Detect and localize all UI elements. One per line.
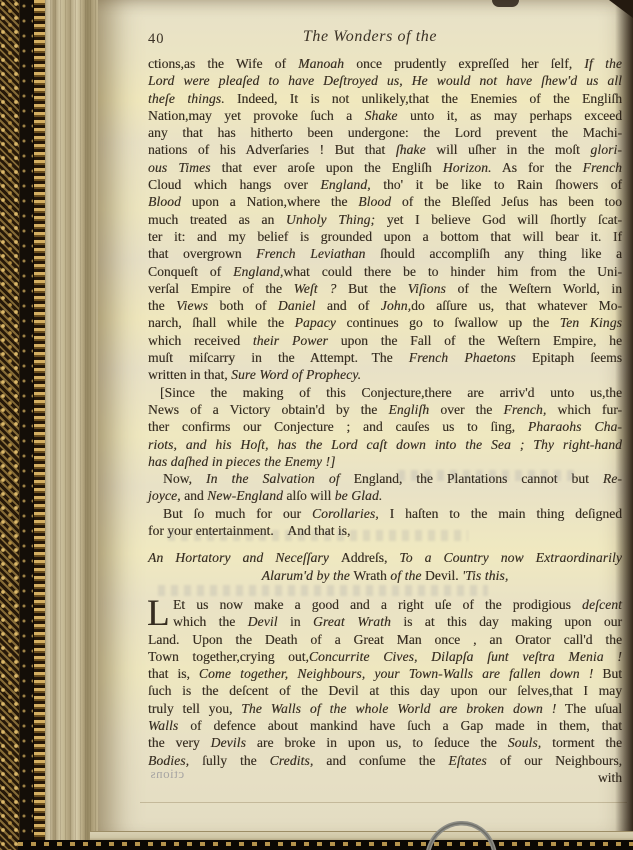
show-through-band: [158, 585, 488, 596]
text-line: the Views both of Daniel and of John,do …: [148, 297, 622, 314]
text-line: that overgrown French Leviathan ſhould a…: [148, 245, 622, 262]
text-line: Alarum'd by the Wrath of the Devil. 'Tis…: [148, 567, 622, 584]
text-line: News of a Victory obtain'd by the Engliſ…: [148, 401, 622, 418]
text-line: ous Times that ever aroſe upon the Engli…: [148, 159, 622, 176]
text-line: Conqueſt of England,what could there be …: [148, 263, 622, 280]
show-through-band: [168, 530, 468, 541]
book-page: 40 The Wonders of the ctions,as the Wife…: [98, 0, 633, 838]
text-line: muſt miſcarry in the Attempt. The French…: [148, 349, 622, 366]
text-line: nations of his Adverſaries ! But that ſh…: [148, 141, 622, 158]
text-line: Cloud which hangs over England, tho' it …: [148, 176, 622, 193]
page-crease: [140, 802, 627, 803]
text-line: ther confirms our Conjecture ; and cauſe…: [148, 418, 622, 435]
text-line: written in that, Sure Word of Prophecy.: [148, 366, 622, 383]
right-edge-shadow: [615, 0, 633, 838]
text-line: ctions,as the Wife of Manoah once pruden…: [148, 55, 622, 72]
page-edges-gutter: [45, 0, 101, 850]
photo-of-open-book: { "page": { "number": "40", "running_hea…: [0, 0, 633, 850]
text-line: But ſo much for our Corollaries, I haſte…: [148, 505, 622, 522]
text-line: LEt us now make a good and a right uſe o…: [148, 596, 622, 613]
show-through-band: [398, 470, 578, 481]
text-line: has daſhed in pieces the Enemy !]: [148, 453, 622, 470]
text-line: An Hortatory and Neceſſary Addreſs, To a…: [148, 549, 622, 566]
show-through-text: ctions: [150, 766, 184, 782]
text-line: which received their Power upon the Fall…: [148, 332, 622, 349]
text-line: ter it: and my belief is grounded upon a…: [148, 228, 622, 245]
body-text: ctions,as the Wife of Manoah once pruden…: [148, 55, 622, 786]
text-line: that is, Come together, Neighbours, your…: [148, 665, 622, 682]
running-header: The Wonders of the: [148, 28, 592, 46]
text-line: the very Devils are broke in upon us, to…: [148, 734, 622, 751]
text-line: riots, and his Hoſt, has the Lord caſt d…: [148, 436, 622, 453]
text-line: Blood upon a Nation,where the Blood of t…: [148, 193, 622, 210]
text-line: Bodies, ſully the Credits, and conſume t…: [148, 752, 622, 769]
text-line: [Since the making of this Conjecture,the…: [148, 384, 622, 401]
text-line: truly tell you, The Walls of the whole W…: [148, 700, 622, 717]
text-line: any that has hitherto been undergone: th…: [148, 124, 622, 141]
gilt-cover-border: [0, 0, 19, 850]
text-line: ſuch is the deſcent of the Devil at this…: [148, 682, 622, 699]
bookmark-thread: [424, 810, 500, 850]
bottom-cover-board: [18, 840, 633, 850]
text-line: Lord were pleaſed to have Deſtroyed us, …: [148, 72, 622, 89]
catchword: with: [148, 769, 622, 786]
text-line: which the Devil in Great Wrath is at thi…: [148, 613, 622, 630]
text-line: verſal Empire of the Weſt ? But the Viſi…: [148, 280, 622, 297]
top-edge-notch: [492, 0, 519, 7]
text-line: much treated as an Unholy Thing; yet I b…: [148, 211, 622, 228]
text-line: narch, ſhall while the Papacy continues …: [148, 314, 622, 331]
leather-band: [19, 0, 34, 850]
text-line: Land. Upon the Death of a Great Man once…: [148, 631, 622, 648]
text-line: theſe things. Indeed, It is not unlikely…: [148, 90, 622, 107]
text-line: Nation,may yet provoke ſuch a Shake unto…: [148, 107, 622, 124]
text-line: Town together,crying out,Concurrite Cive…: [148, 648, 622, 665]
text-line: Walls of defence about mankind have ſuch…: [148, 717, 622, 734]
text-line: joyce, and New-England alſo will be Glad…: [148, 487, 622, 504]
page-header: 40 The Wonders of the: [148, 28, 622, 48]
